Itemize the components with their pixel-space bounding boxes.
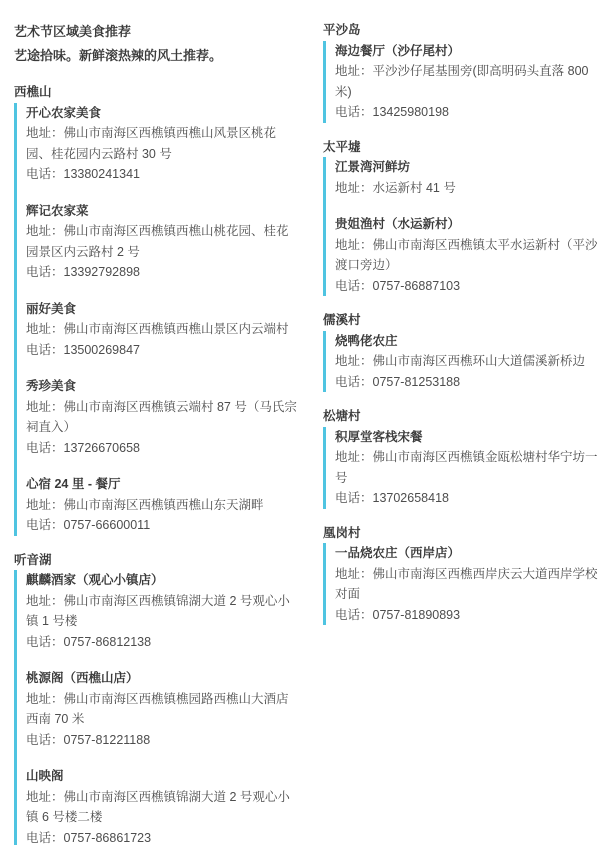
restaurant-entry: 积厚堂客栈宋餐 地址：佛山市南海区西樵镇金瓯松塘村华宁坊一号 电话：137026…: [335, 427, 607, 509]
restaurant-address: 地址：佛山市南海区西樵环山大道儒溪新桥边: [335, 351, 607, 372]
column-right: 平沙岛 海边餐厅（沙仔尾村） 地址：平沙沙仔尾基围旁(即高明码头直落 800 米…: [323, 20, 607, 845]
section-huanggangcun: 凰岗村 一品烧农庄（西岸店） 地址：佛山市南海区西樵西岸庆云大道西岸学校对面 电…: [323, 523, 607, 626]
section-body: 开心农家美食 地址：佛山市南海区西樵镇西樵山风景区桃花园、桂花园内云路村 30 …: [14, 103, 298, 536]
section-tingyinhu: 听音湖 麒麟酒家（观心小镇店） 地址：佛山市南海区西樵镇锦湖大道 2 号观心小镇…: [14, 550, 298, 845]
restaurant-entry: 海边餐厅（沙仔尾村） 地址：平沙沙仔尾基围旁(即高明码头直落 800 米) 电话…: [335, 41, 607, 123]
restaurant-phone: 电话：0757-81221188: [26, 730, 298, 751]
restaurant-phone: 电话：0757-81253188: [335, 372, 607, 393]
restaurant-address: 地址：佛山市南海区西樵镇西樵山风景区桃花园、桂花园内云路村 30 号: [26, 123, 298, 164]
restaurant-name: 积厚堂客栈宋餐: [335, 427, 607, 448]
section-ruxicun: 儒溪村 烧鸭佬农庄 地址：佛山市南海区西樵环山大道儒溪新桥边 电话：0757-8…: [323, 310, 607, 392]
restaurant-entry: 开心农家美食 地址：佛山市南海区西樵镇西樵山风景区桃花园、桂花园内云路村 30 …: [26, 103, 298, 185]
restaurant-address: 地址：佛山市南海区西樵镇金瓯松塘村华宁坊一号: [335, 447, 607, 488]
restaurant-address: 地址：佛山市南海区西樵镇锦湖大道 2 号观心小镇 6 号楼二楼: [26, 787, 298, 828]
document-title-block: 艺术节区域美食推荐 艺途拾味。新鲜滚热辣的风土推荐。: [14, 20, 298, 68]
column-left: 艺术节区域美食推荐 艺途拾味。新鲜滚热辣的风土推荐。 西樵山 开心农家美食 地址…: [14, 20, 298, 845]
document-title: 艺术节区域美食推荐: [14, 20, 298, 44]
restaurant-entry: 江景湾河鲜坊 地址：水运新村 41 号: [335, 157, 607, 198]
section-xiqiaoshan: 西樵山 开心农家美食 地址：佛山市南海区西樵镇西樵山风景区桃花园、桂花园内云路村…: [14, 82, 298, 536]
restaurant-entry: 贵姐渔村（水运新村） 地址：佛山市南海区西樵镇太平水运新村（平沙渡口旁边） 电话…: [335, 214, 607, 296]
restaurant-phone: 电话：0757-86812138: [26, 632, 298, 653]
restaurant-name: 一品烧农庄（西岸店）: [335, 543, 607, 564]
section-heading: 松塘村: [323, 406, 607, 427]
restaurant-address: 地址：佛山市南海区西樵镇云端村 87 号（马氏宗祠直入）: [26, 397, 298, 438]
document-subtitle: 艺途拾味。新鲜滚热辣的风土推荐。: [14, 44, 298, 68]
restaurant-name: 贵姐渔村（水运新村）: [335, 214, 607, 235]
restaurant-entry: 心宿 24 里 - 餐厅 地址：佛山市南海区西樵镇西樵山东天湖畔 电话：0757…: [26, 474, 298, 536]
restaurant-name: 烧鸭佬农庄: [335, 331, 607, 352]
restaurant-address: 地址：佛山市南海区西樵西岸庆云大道西岸学校对面: [335, 564, 607, 605]
section-heading: 西樵山: [14, 82, 298, 103]
restaurant-entry: 一品烧农庄（西岸店） 地址：佛山市南海区西樵西岸庆云大道西岸学校对面 电话：07…: [335, 543, 607, 625]
section-heading: 听音湖: [14, 550, 298, 571]
restaurant-phone: 电话：0757-81890893: [335, 605, 607, 626]
section-songtangcun: 松塘村 积厚堂客栈宋餐 地址：佛山市南海区西樵镇金瓯松塘村华宁坊一号 电话：13…: [323, 406, 607, 509]
restaurant-address: 地址：佛山市南海区西樵镇樵园路西樵山大酒店西南 70 米: [26, 689, 298, 730]
restaurant-name: 丽好美食: [26, 299, 298, 320]
restaurant-entry: 辉记农家菜 地址：佛山市南海区西樵镇西樵山桃花园、桂花园景区内云路村 2 号 电…: [26, 201, 298, 283]
restaurant-entry: 丽好美食 地址：佛山市南海区西樵镇西樵山景区内云端村 电话：1350026984…: [26, 299, 298, 361]
restaurant-entry: 麒麟酒家（观心小镇店） 地址：佛山市南海区西樵镇锦湖大道 2 号观心小镇 1 号…: [26, 570, 298, 652]
two-column-layout: 艺术节区域美食推荐 艺途拾味。新鲜滚热辣的风土推荐。 西樵山 开心农家美食 地址…: [14, 20, 597, 845]
restaurant-entry: 秀珍美食 地址：佛山市南海区西樵镇云端村 87 号（马氏宗祠直入） 电话：137…: [26, 376, 298, 458]
restaurant-phone: 电话：0757-86887103: [335, 276, 607, 297]
restaurant-phone: 电话：0757-66600011: [26, 515, 298, 536]
section-body: 积厚堂客栈宋餐 地址：佛山市南海区西樵镇金瓯松塘村华宁坊一号 电话：137026…: [323, 427, 607, 509]
restaurant-entry: 烧鸭佬农庄 地址：佛山市南海区西樵环山大道儒溪新桥边 电话：0757-81253…: [335, 331, 607, 393]
document-page: 艺术节区域美食推荐 艺途拾味。新鲜滚热辣的风土推荐。 西樵山 开心农家美食 地址…: [0, 0, 611, 845]
restaurant-address: 地址：佛山市南海区西樵镇西樵山桃花园、桂花园景区内云路村 2 号: [26, 221, 298, 262]
restaurant-name: 开心农家美食: [26, 103, 298, 124]
restaurant-phone: 电话：13500269847: [26, 340, 298, 361]
restaurant-address: 地址：佛山市南海区西樵镇锦湖大道 2 号观心小镇 1 号楼: [26, 591, 298, 632]
restaurant-address: 地址：水运新村 41 号: [335, 178, 607, 199]
restaurant-name: 江景湾河鲜坊: [335, 157, 607, 178]
section-taipingxu: 太平墟 江景湾河鲜坊 地址：水运新村 41 号 贵姐渔村（水运新村） 地址：佛山…: [323, 137, 607, 297]
restaurant-entry: 桃源阁（西樵山店） 地址：佛山市南海区西樵镇樵园路西樵山大酒店西南 70 米 电…: [26, 668, 298, 750]
restaurant-phone: 电话：0757-86861723: [26, 828, 298, 845]
section-body: 麒麟酒家（观心小镇店） 地址：佛山市南海区西樵镇锦湖大道 2 号观心小镇 1 号…: [14, 570, 298, 845]
restaurant-name: 海边餐厅（沙仔尾村）: [335, 41, 607, 62]
restaurant-name: 麒麟酒家（观心小镇店）: [26, 570, 298, 591]
restaurant-name: 秀珍美食: [26, 376, 298, 397]
restaurant-phone: 电话：13380241341: [26, 164, 298, 185]
section-pingshadao: 平沙岛 海边餐厅（沙仔尾村） 地址：平沙沙仔尾基围旁(即高明码头直落 800 米…: [323, 20, 607, 123]
section-heading: 太平墟: [323, 137, 607, 158]
section-heading: 儒溪村: [323, 310, 607, 331]
restaurant-name: 心宿 24 里 - 餐厅: [26, 474, 298, 495]
restaurant-address: 地址：佛山市南海区西樵镇太平水运新村（平沙渡口旁边）: [335, 235, 607, 276]
restaurant-phone: 电话：13392792898: [26, 262, 298, 283]
restaurant-phone: 电话：13702658418: [335, 488, 607, 509]
restaurant-address: 地址：佛山市南海区西樵镇西樵山景区内云端村: [26, 319, 298, 340]
restaurant-phone: 电话：13726670658: [26, 438, 298, 459]
section-heading: 平沙岛: [323, 20, 607, 41]
restaurant-name: 辉记农家菜: [26, 201, 298, 222]
restaurant-entry: 山映阁 地址：佛山市南海区西樵镇锦湖大道 2 号观心小镇 6 号楼二楼 电话：0…: [26, 766, 298, 845]
restaurant-name: 桃源阁（西樵山店）: [26, 668, 298, 689]
section-body: 海边餐厅（沙仔尾村） 地址：平沙沙仔尾基围旁(即高明码头直落 800 米) 电话…: [323, 41, 607, 123]
section-body: 江景湾河鲜坊 地址：水运新村 41 号 贵姐渔村（水运新村） 地址：佛山市南海区…: [323, 157, 607, 296]
restaurant-address: 地址：佛山市南海区西樵镇西樵山东天湖畔: [26, 495, 298, 516]
restaurant-name: 山映阁: [26, 766, 298, 787]
section-body: 一品烧农庄（西岸店） 地址：佛山市南海区西樵西岸庆云大道西岸学校对面 电话：07…: [323, 543, 607, 625]
restaurant-address: 地址：平沙沙仔尾基围旁(即高明码头直落 800 米): [335, 61, 607, 102]
section-heading: 凰岗村: [323, 523, 607, 544]
section-body: 烧鸭佬农庄 地址：佛山市南海区西樵环山大道儒溪新桥边 电话：0757-81253…: [323, 331, 607, 393]
restaurant-phone: 电话：13425980198: [335, 102, 607, 123]
